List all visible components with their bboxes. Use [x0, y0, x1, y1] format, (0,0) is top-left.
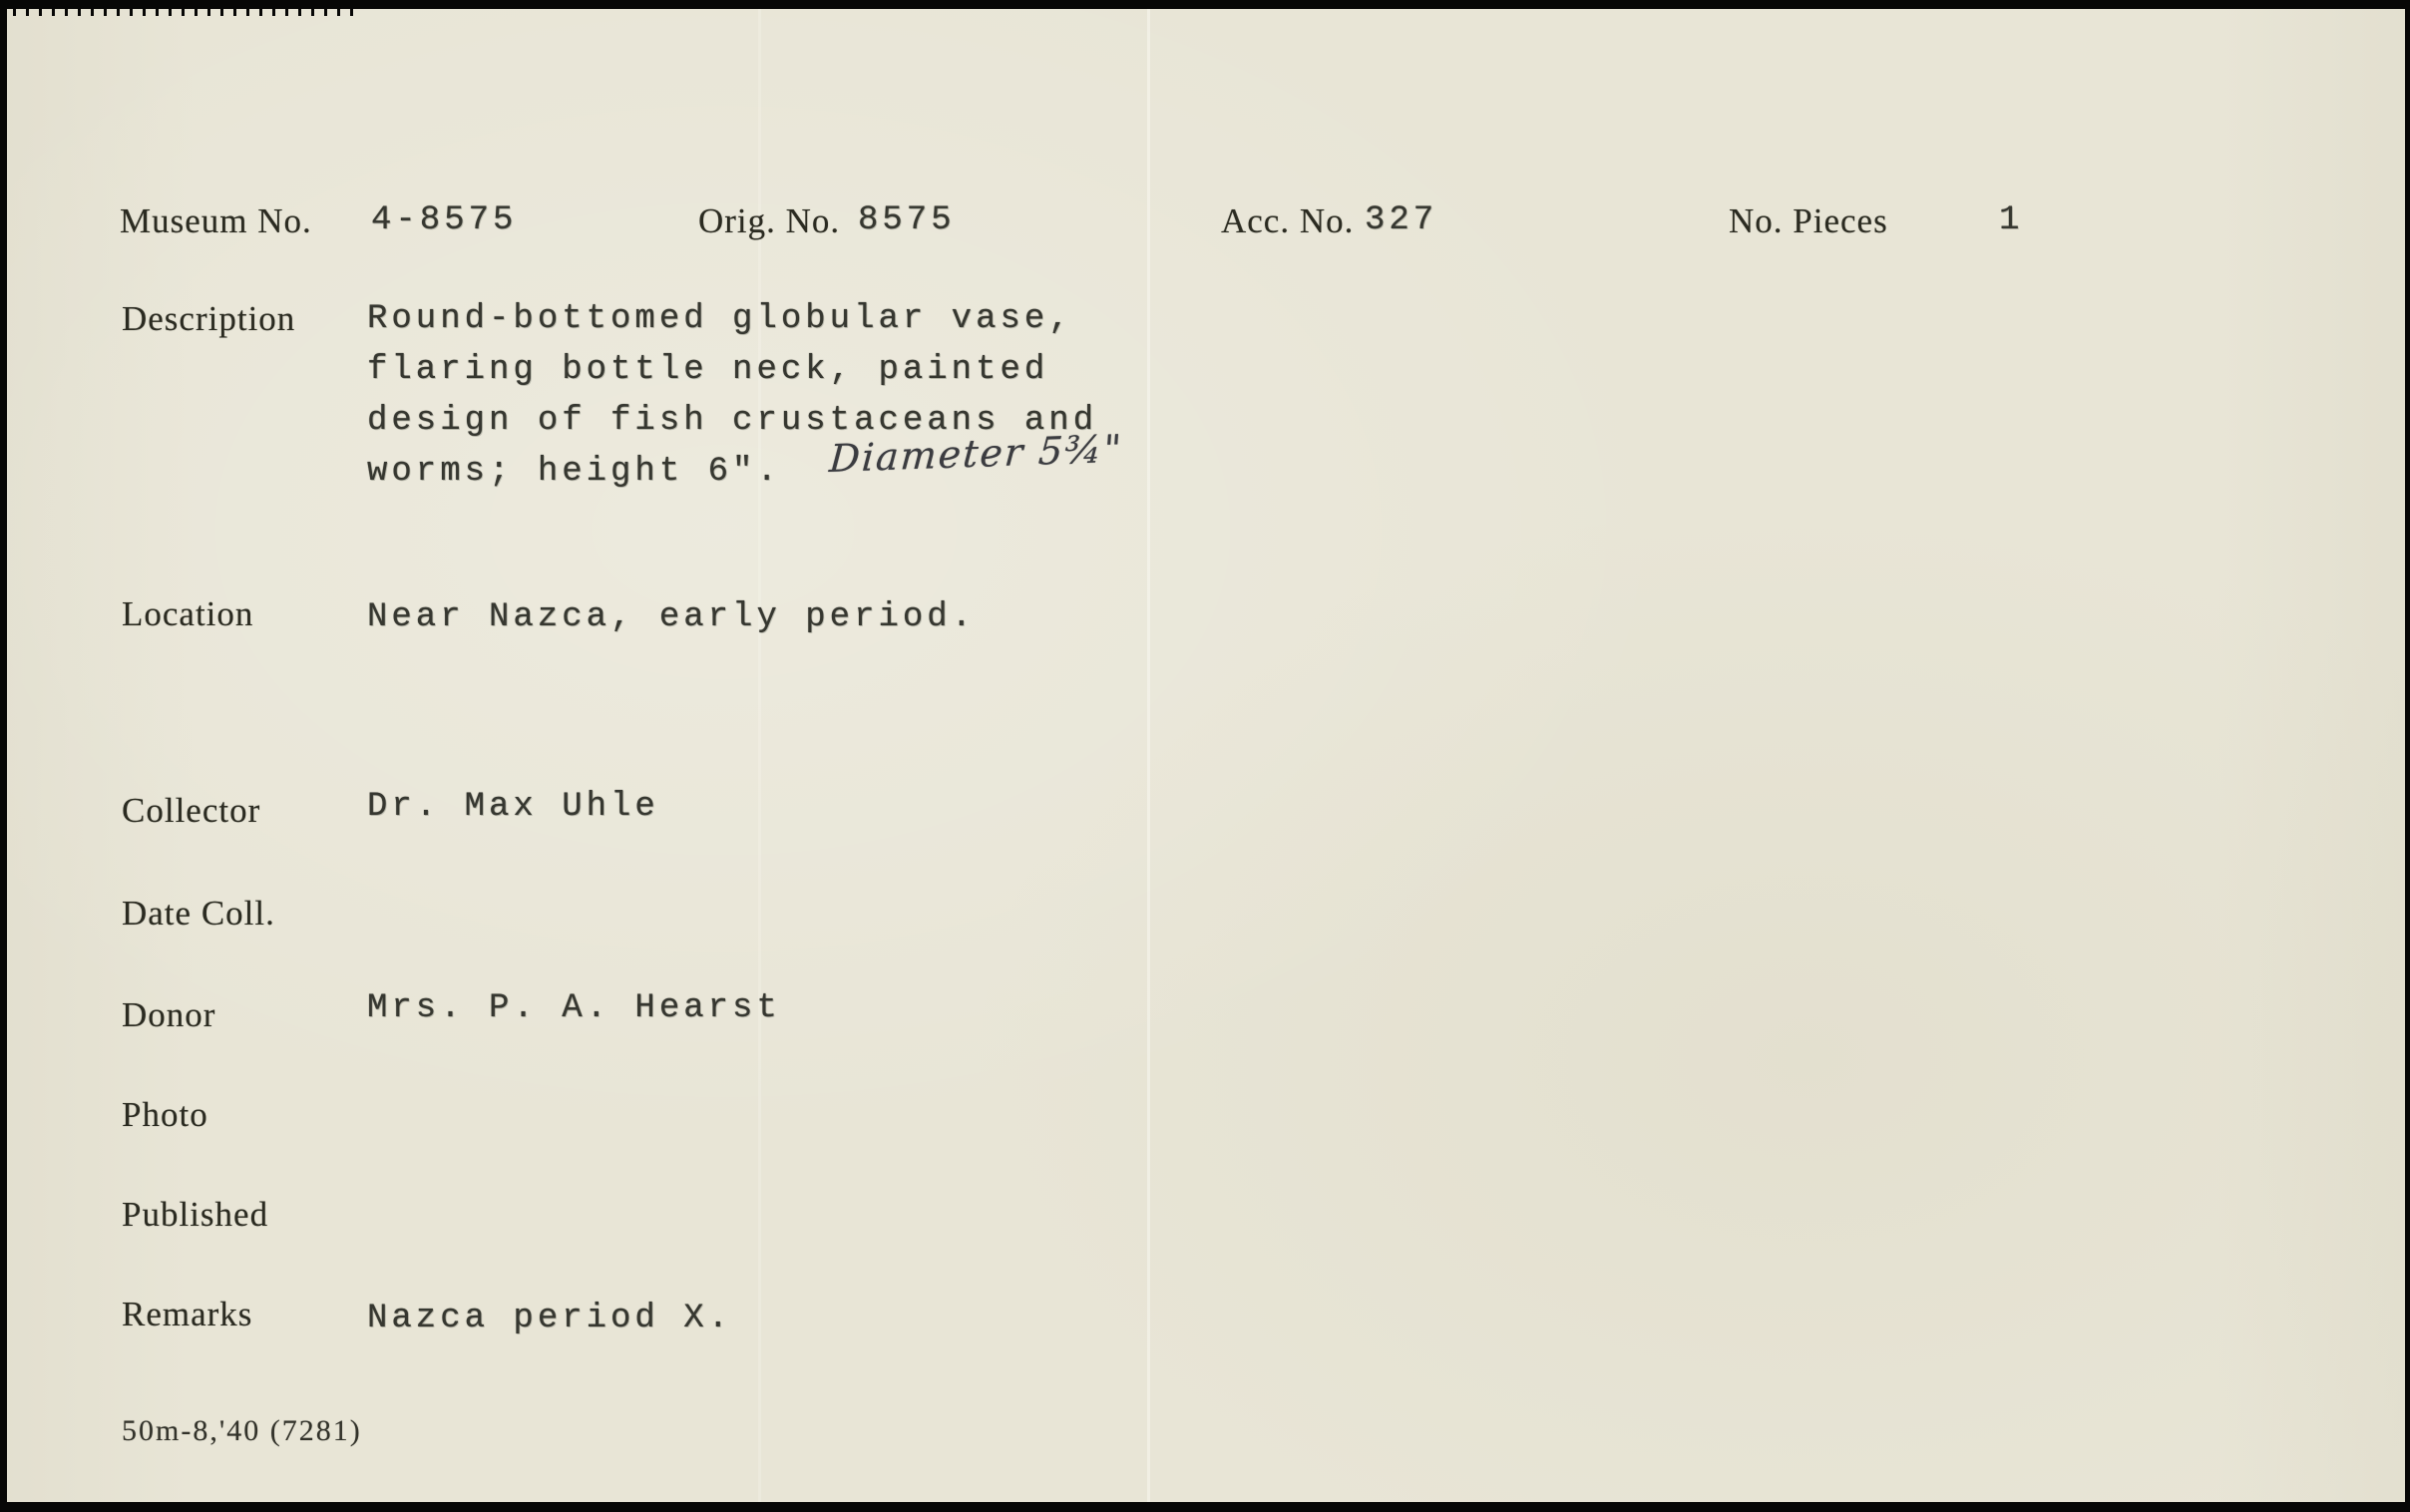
scan-streak [1147, 0, 1150, 1512]
collector-value: Dr. Max Uhle [367, 788, 659, 826]
location-value: Near Nazca, early period. [367, 598, 976, 636]
scan-edge-left [0, 0, 7, 1512]
description-line: Round-bottomed globular vase, [367, 294, 1097, 345]
scan-edge-right [2405, 0, 2410, 1512]
orig-no-label: Orig. No. [698, 201, 840, 241]
scan-edge-ticks [0, 6, 359, 16]
donor-label: Donor [122, 995, 215, 1035]
collector-label: Collector [122, 791, 260, 831]
photo-label: Photo [122, 1095, 208, 1135]
no-pieces-label: No. Pieces [1729, 201, 1888, 241]
date-coll-label: Date Coll. [122, 894, 275, 934]
scan-edge-bottom [0, 1502, 2410, 1512]
description-label: Description [122, 299, 295, 339]
orig-no-value: 8575 [858, 201, 956, 239]
published-label: Published [122, 1195, 268, 1235]
museum-no-value: 4-8575 [371, 201, 517, 239]
remarks-label: Remarks [122, 1295, 252, 1334]
donor-value: Mrs. P. A. Hearst [367, 989, 781, 1027]
acc-no-label: Acc. No. [1221, 201, 1354, 241]
location-label: Location [122, 594, 253, 634]
catalog-card-scan: Museum No. 4-8575 Orig. No. 8575 Acc. No… [0, 0, 2410, 1512]
scan-edge-top [0, 0, 2410, 9]
no-pieces-value: 1 [1999, 201, 2023, 239]
description-line: flaring bottle neck, painted [367, 345, 1097, 396]
acc-no-value: 327 [1365, 201, 1437, 239]
remarks-value: Nazca period X. [367, 1300, 732, 1337]
print-code: 50m-8,'40 (7281) [122, 1414, 362, 1448]
museum-no-label: Museum No. [120, 201, 312, 241]
